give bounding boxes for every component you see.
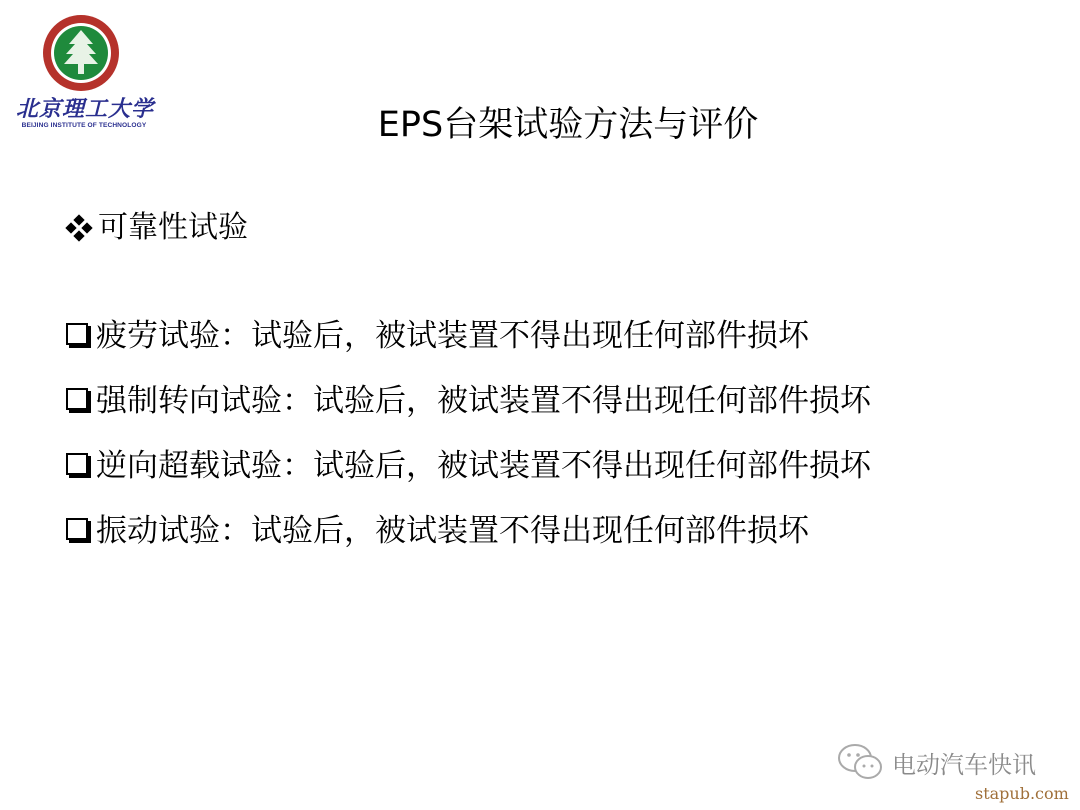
watermark-text: 电动汽车快讯 [892,745,1036,780]
list-item: 振动试验：试验后，被试装置不得出现任何部件损坏 [66,495,871,560]
list-item-text: 逆向超载试验：试验后，被试装置不得出现任何部件损坏 [96,440,871,485]
square-bullet-icon [66,323,88,345]
list-item-text: 疲劳试验：试验后，被试装置不得出现任何部件损坏 [96,310,809,355]
square-bullet-icon [66,453,88,475]
list-item-text: 强制转向试验：试验后，被试装置不得出现任何部件损坏 [96,375,871,420]
section-heading: 可靠性试验 [66,206,248,250]
square-bullet-icon [66,388,88,410]
wechat-icon [836,742,886,782]
list-item: 逆向超载试验：试验后，被试装置不得出现任何部件损坏 [66,430,871,495]
list-item: 强制转向试验：试验后，被试装置不得出现任何部件损坏 [66,365,871,430]
wechat-watermark: 电动汽车快讯 [836,742,1036,782]
section-heading-label: 可靠性试验 [98,206,248,250]
bullet-list: 疲劳试验：试验后，被试装置不得出现任何部件损坏 强制转向试验：试验后，被试装置不… [66,300,871,560]
list-item-text: 振动试验：试验后，被试装置不得出现任何部件损坏 [96,505,809,550]
square-bullet-icon [66,518,88,540]
diamond-bullet-icon [66,215,92,241]
slide-title: EPS台架试验方法与评价 [0,100,1080,150]
university-seal-icon [42,14,120,92]
site-watermark: stapub.com [975,784,1069,803]
list-item: 疲劳试验：试验后，被试装置不得出现任何部件损坏 [66,300,871,365]
